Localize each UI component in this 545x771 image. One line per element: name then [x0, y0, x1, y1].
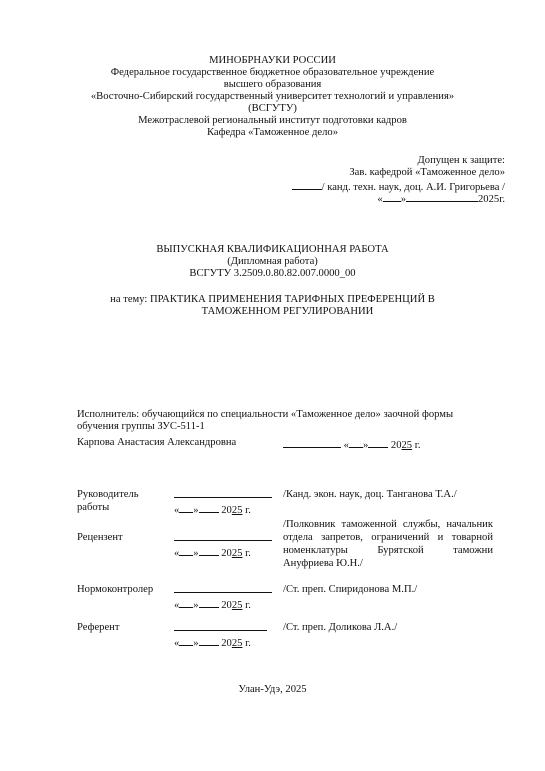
reviewer-person-line4: Ануфриева Ю.Н./ — [283, 558, 363, 571]
supervisor-person: /Канд. экон. наук, доц. Танганова Т.А./ — [283, 489, 457, 502]
performer-line2: обучения группы ЗУС-511-1 — [77, 421, 205, 434]
supervisor-role-line1: Руководитель — [77, 489, 139, 502]
day-blank — [383, 191, 401, 202]
day-blank — [349, 437, 363, 448]
referent-person: /Ст. преп. Доликова Л.А./ — [283, 622, 397, 635]
signature-line — [292, 179, 322, 190]
normcontroller-date: «» 2025 г. — [174, 597, 251, 613]
header-department: Кафедра «Таможенное дело» — [0, 127, 545, 140]
supervisor-date: «» 2025 г. — [174, 502, 251, 518]
reviewer-person-line1: /Полковник таможенной службы, начальник — [283, 519, 493, 532]
reviewer-person-line2: отдела запретов, ограничений и товарной — [283, 532, 493, 545]
signature-line — [174, 530, 272, 546]
reviewer-date: «» 2025 г. — [174, 545, 251, 561]
performer-line1: Исполнитель: обучающийся по специальност… — [77, 409, 453, 422]
referent-date: «» 2025 г. — [174, 635, 251, 651]
referent-role: Референт — [77, 622, 119, 635]
signature-line — [283, 437, 341, 448]
work-topic-line2: ТАМОЖЕННОМ РЕГУЛИРОВАНИИ — [0, 306, 545, 319]
work-type: ВЫПУСКНАЯ КВАЛИФИКАЦИОННАЯ РАБОТА — [0, 244, 545, 257]
work-code: ВСГУТУ 3.2509.0.80.82.007.0000_00 — [0, 268, 545, 281]
work-subtype: (Дипломная работа) — [0, 256, 545, 269]
signature-line — [174, 582, 272, 598]
performer-signature-date: «» 2025 г. — [283, 437, 421, 453]
header-university-short: (ВСГУТУ) — [0, 103, 545, 116]
signature-line — [174, 487, 272, 503]
header-institute: Межотраслевой региональный институт подг… — [0, 115, 545, 128]
signature-line — [174, 620, 267, 636]
approval-date: «»2025г. — [377, 191, 505, 207]
supervisor-role-line2: работы — [77, 502, 109, 515]
work-topic-line1: на тему: ПРАКТИКА ПРИМЕНЕНИЯ ТАРИФНЫХ ПР… — [0, 294, 545, 307]
footer-city-year: Улан-Удэ, 2025 — [0, 684, 545, 697]
approval-head-title: Зав. кафедрой «Таможенное дело» — [349, 167, 505, 180]
normcontroller-role: Нормоконтролер — [77, 584, 153, 597]
approval-admitted: Допущен к защите: — [418, 155, 505, 168]
header-education-level: высшего образования — [0, 79, 545, 92]
header-ministry: МИНОБРНАУКИ РОССИИ — [0, 55, 545, 68]
header-university: «Восточно-Сибирский государственный унив… — [0, 91, 545, 104]
performer-name: Карпова Анастасия Александровна — [77, 437, 236, 450]
reviewer-person-line3: номенклатуры Бурятской таможни — [283, 545, 493, 558]
month-blank — [406, 191, 478, 202]
header-institution-type: Федеральное государственное бюджетное об… — [0, 67, 545, 80]
month-blank — [368, 437, 388, 448]
reviewer-role: Рецензент — [77, 532, 123, 545]
normcontroller-person: /Ст. преп. Спиридонова М.П./ — [283, 584, 417, 597]
